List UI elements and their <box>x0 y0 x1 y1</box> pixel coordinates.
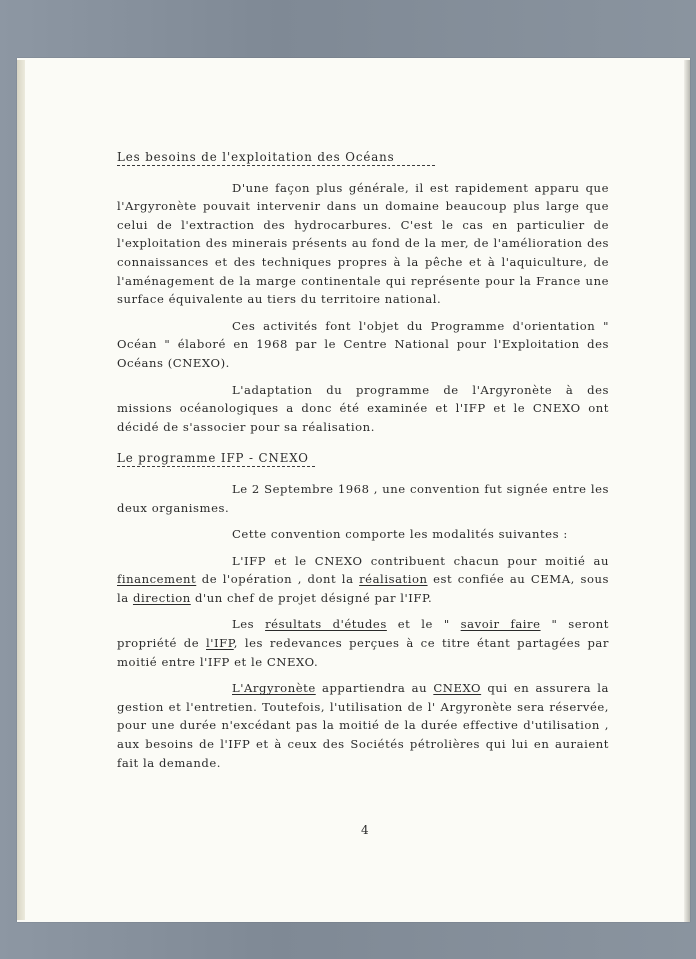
paragraph: Ces activités font l'objet du Programme … <box>117 317 609 373</box>
page-number: 4 <box>361 823 369 837</box>
paragraph: Cette convention comporte les modalités … <box>117 525 609 544</box>
page-right-edge <box>684 60 690 922</box>
underlined-term: l'IFP <box>206 636 234 650</box>
underlined-term: résultats d'études <box>265 617 387 631</box>
underlined-term: savoir faire <box>461 617 541 631</box>
page-content: Les besoins de l'exploitation des Océans… <box>117 148 609 780</box>
page-binding-edge <box>17 60 25 920</box>
paragraph: L'adaptation du programme de l'Argyronèt… <box>117 381 609 437</box>
underlined-term: CNEXO <box>433 681 481 695</box>
underlined-term: L'Argyronète <box>232 681 316 695</box>
underlined-term: direction <box>133 591 191 605</box>
paragraph: D'une façon plus générale, il est rapide… <box>117 179 609 309</box>
section-ifp-cnexo-program: Le programme IFP - CNEXO Le 2 Septembre … <box>117 449 609 772</box>
underlined-term: réalisation <box>359 572 427 586</box>
section-heading: Le programme IFP - CNEXO <box>117 449 309 468</box>
paragraph-results: Les résultats d'études et le " savoir fa… <box>117 615 609 671</box>
paragraph-financing: L'IFP et le CNEXO contribuent chacun pou… <box>117 552 609 608</box>
paragraph-ownership: L'Argyronète appartiendra au CNEXO qui e… <box>117 679 609 772</box>
section-ocean-needs: Les besoins de l'exploitation des Océans… <box>117 148 609 436</box>
section-heading: Les besoins de l'exploitation des Océans <box>117 148 395 167</box>
paragraph: Le 2 Septembre 1968 , une convention fut… <box>117 480 609 517</box>
underlined-term: financement <box>117 572 196 586</box>
